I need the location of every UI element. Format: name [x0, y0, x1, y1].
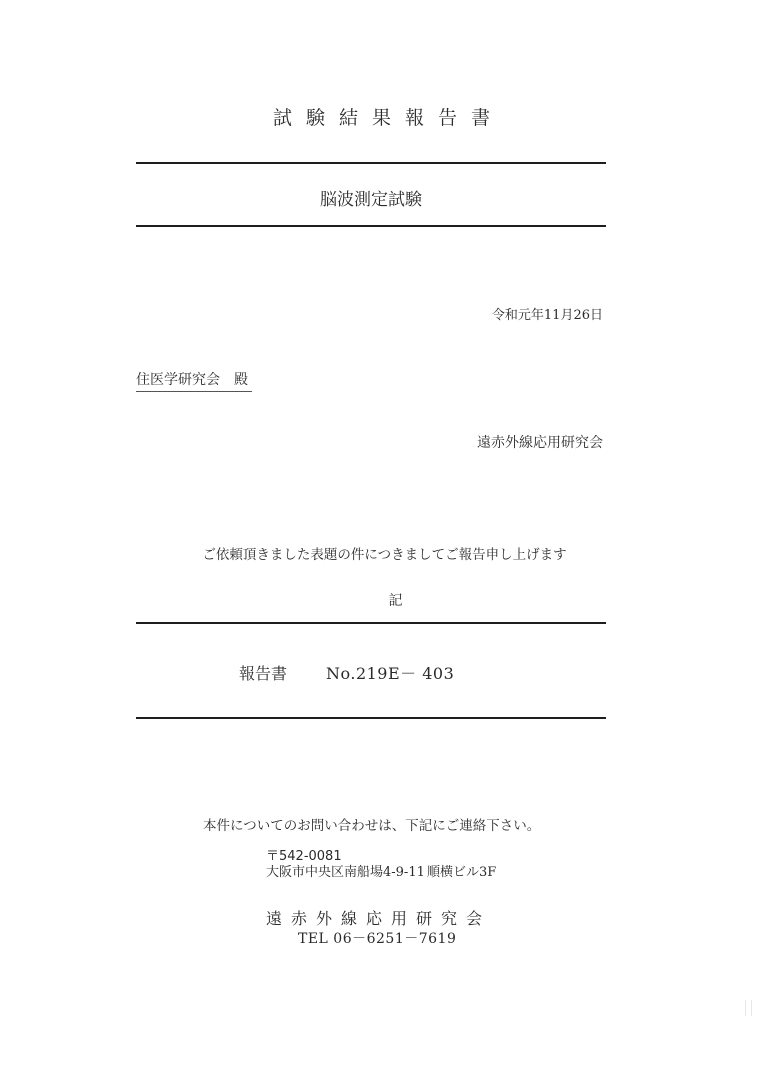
ki-marker: 記: [0, 590, 763, 610]
report-bottom-rule: [136, 717, 606, 719]
telephone-number: TEL 06－6251－7619: [298, 928, 456, 948]
inquiry-text: 本件についてのお問い合わせは、下記にご連絡下さい。: [203, 814, 540, 834]
report-label: 報告書: [239, 661, 287, 684]
document-title: 試験結果報告書: [0, 103, 763, 130]
contact-organization: 遠赤外線応用研究会: [266, 906, 491, 929]
report-top-rule: [136, 622, 606, 624]
scan-artifact: [745, 1000, 746, 1016]
recipient-name: 住医学研究会 殿: [136, 369, 252, 392]
issue-date: 令和元年11月26日: [492, 304, 603, 323]
building-name: 順横ビル3F: [427, 861, 496, 880]
report-number: No.219E－ 403: [326, 661, 454, 684]
test-subject: 脳波測定試験: [136, 185, 606, 210]
scan-artifact: [751, 1000, 752, 1016]
street-address: 大阪市中央区南船場4-9-11: [266, 861, 425, 880]
subject-bottom-rule: [136, 225, 606, 227]
issuer-name: 遠赤外線応用研究会: [477, 432, 603, 452]
subject-top-rule: [136, 162, 606, 164]
intro-text: ご依頼頂きました表題の件につきましてご報告申し上げます: [0, 543, 763, 563]
